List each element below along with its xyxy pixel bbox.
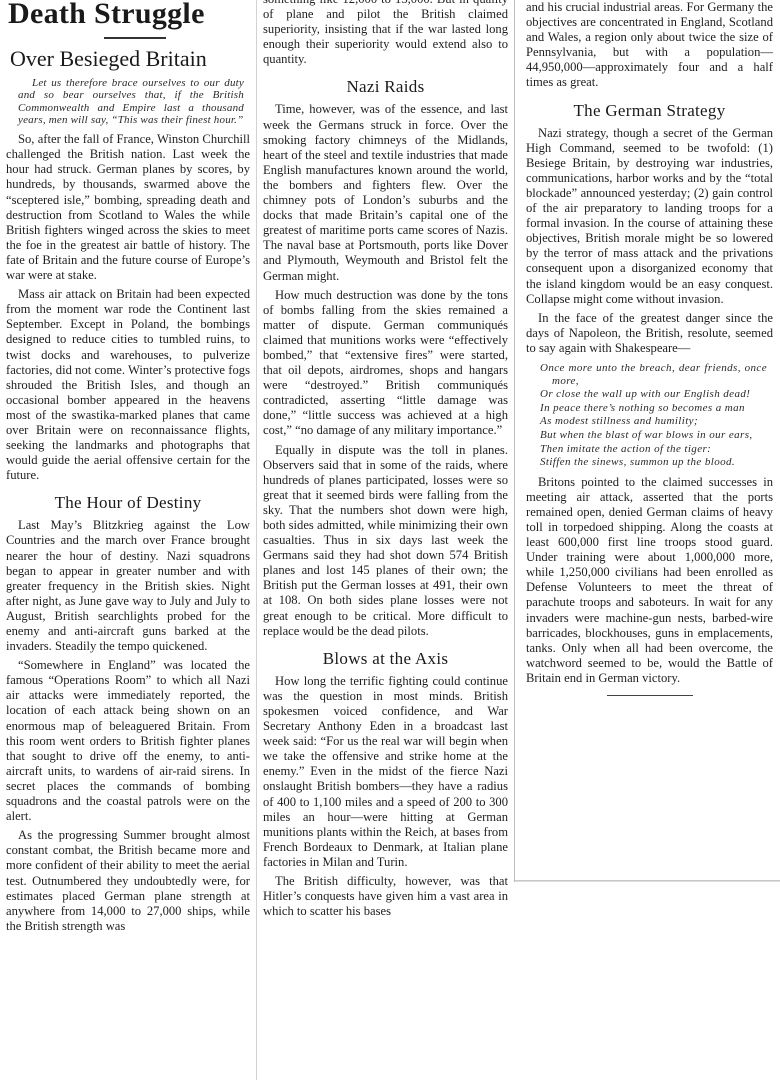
verse-line: Then imitate the action of the tiger: <box>540 443 767 456</box>
headline: Death Struggle <box>8 0 250 30</box>
paragraph: The British difficulty, however, was tha… <box>263 874 508 919</box>
column-3: and his crucial industrial areas. For Ge… <box>526 0 773 696</box>
section-heading: The Hour of Destiny <box>6 493 250 513</box>
shakespeare-verse: Once more unto the breach, dear friends,… <box>540 362 767 469</box>
paragraph: How much destruction was done by the ton… <box>263 288 508 439</box>
clipping-bottom-edge <box>515 880 780 882</box>
verse-line: In peace there’s nothing so becomes a ma… <box>540 402 767 415</box>
column-divider <box>256 0 257 1080</box>
paragraph: Mass air attack on Britain had been expe… <box>6 287 250 483</box>
section-heading: Nazi Raids <box>263 77 508 97</box>
headline-divider <box>104 37 166 39</box>
paragraph: So, after the fall of France, Winston Ch… <box>6 132 250 283</box>
end-of-article-rule <box>607 695 693 696</box>
paragraph: Last May’s Blitzkrieg against the Low Co… <box>6 518 250 654</box>
paragraph-continuation: and his crucial industrial areas. For Ge… <box>526 0 773 91</box>
verse-line: Stiffen the sinews, summon up the blood. <box>540 456 767 469</box>
paragraph: How long the terrific fighting could con… <box>263 674 508 870</box>
newspaper-clipping: Death Struggle Over Besieged Britain Let… <box>0 0 780 1080</box>
column-2: something like 12,000 to 15,000. But in … <box>263 0 508 919</box>
column-1: Death Struggle Over Besieged Britain Let… <box>6 0 250 934</box>
verse-line: Once more unto the breach, dear friends,… <box>540 362 767 387</box>
section-heading: The German Strategy <box>526 101 773 121</box>
paragraph: Time, however, was of the essence, and l… <box>263 102 508 283</box>
blank-area <box>514 882 780 1080</box>
paragraph: As the progressing Summer brought almost… <box>6 828 250 934</box>
paragraph: “Somewhere in England” was located the f… <box>6 658 250 824</box>
paragraph: Nazi strategy, though a secret of the Ge… <box>526 126 773 307</box>
epigraph-quote: Let us therefore brace ourselves to our … <box>18 77 244 126</box>
paragraph: In the face of the greatest danger since… <box>526 311 773 356</box>
verse-line: But when the blast of war blows in our e… <box>540 429 767 442</box>
paragraph-continuation: something like 12,000 to 15,000. But in … <box>263 0 508 67</box>
paragraph: Equally in dispute was the toll in plane… <box>263 443 508 639</box>
paragraph: Britons pointed to the claimed successes… <box>526 475 773 686</box>
section-heading: Blows at the Axis <box>263 649 508 669</box>
verse-line: As modest stillness and humility; <box>540 415 767 428</box>
subheadline: Over Besieged Britain <box>10 47 250 71</box>
verse-line: Or close the wall up with our English de… <box>540 388 767 401</box>
